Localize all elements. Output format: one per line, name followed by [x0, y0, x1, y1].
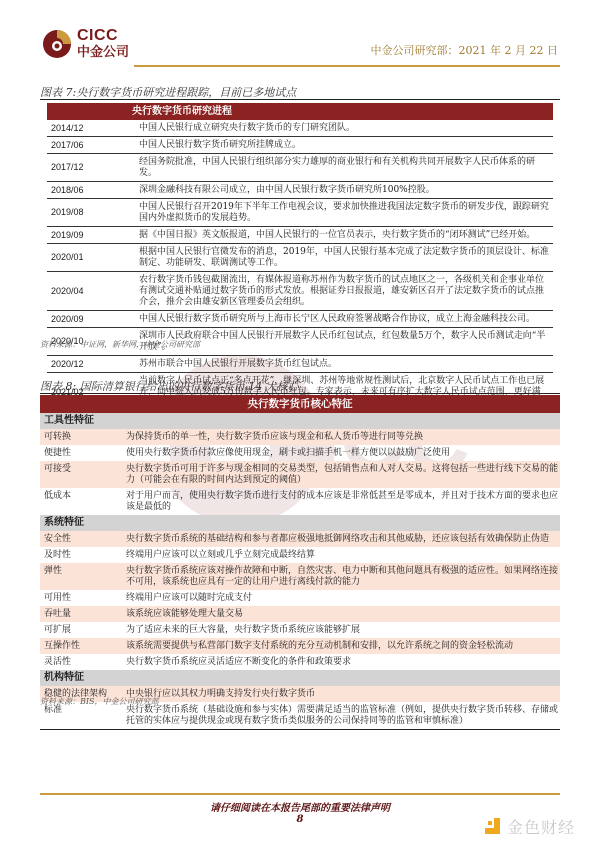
feature-description: 中央银行应以其权力明确支持发行央行数字货币: [126, 686, 560, 702]
table-row: 2020/01根据中国人民银行官微发布的消息，2019年，中国人民银行基本完成了…: [47, 244, 553, 272]
feature-name: 吞吐量: [40, 606, 126, 622]
feature-description: 央行数字货币系统应该对操作故障和中断，自然灾害、电力中断和其他问题具有极强的适应…: [126, 563, 560, 590]
feature-description: 使用央行数字货币付款应像使用现金，刷卡或扫描手机一样方便以以鼓励广泛使用: [126, 445, 560, 461]
feature-name: 可接受: [40, 461, 126, 488]
legal-disclaimer-note: 请仔细阅读在本报告尾部的重要法律声明: [0, 799, 600, 814]
figure8-caption-rule: [40, 393, 560, 394]
page-header: CICC 中金公司 中金公司研究部：2021 年 2 月 22 日: [40, 26, 560, 66]
table-row: 2018/06深圳金融科技有限公司成立，由中国人民银行数字货币研究所100%控股…: [47, 182, 553, 199]
section-header: 机构特征: [40, 670, 560, 686]
feature-description: 央行数字货币系统应灵活适应不断变化的条件和政策要求: [126, 654, 560, 670]
feature-description: 央行数字货币系统（基础设施和参与实体）需要满足适当的监管标准（例如，提供央行数字…: [126, 702, 560, 729]
row-date: 2020/04: [47, 272, 139, 310]
figure8-table: 央行数字货币核心特征 工具性特征可转换为保持货币的单一性，央行数字货币应该与现金…: [40, 395, 560, 730]
row-date: 2019/09: [47, 227, 139, 243]
feature-description: 该系统需要提供与私营部门数字支付系统的充分互动机制和安排，以允许系统之间的资金轻…: [126, 638, 560, 654]
table-row: 可接受央行数字货币可用于许多与现金相同的交易类型，包括销售点和人对人交易。这将包…: [40, 461, 560, 488]
feature-description: 对于用户而言，使用央行数字货币进行支付的成本应该是非常低甚至是零成本，并且对于技…: [126, 488, 560, 515]
feature-name: 可用性: [40, 590, 126, 606]
feature-description: 终端用户应该可以随时完成支付: [126, 590, 560, 606]
table-row: 及时性终端用户应该可以立刻或几乎立刻完成最终结算: [40, 547, 560, 563]
row-date: 2019/08: [47, 199, 139, 226]
row-event-text: 深圳市人民政府联合中国人民银行开展数字人民币红包试点，红包数量5万个，数字人民币…: [139, 328, 553, 355]
figure8-table-body: 工具性特征可转换为保持货币的单一性，央行数字货币应该与现金和私人货币等进行同等兑…: [40, 413, 560, 729]
row-date: 2017/12: [47, 154, 139, 181]
table-row: 可扩展为了适应未来的巨大容量，央行数字货币系统应该能够扩展: [40, 622, 560, 638]
footer-divider: [40, 793, 560, 795]
row-event-text: 经国务院批准，中国人民银行组织部分实力雄厚的商业银行和有关机构共同开展数字人民币…: [139, 154, 553, 181]
figure8-source: 资料来源：BIS，中金公司研究部: [40, 696, 159, 707]
figure7-table-header: 央行数字货币研究进程: [47, 103, 553, 120]
feature-description: 该系统应该能够处理大量交易: [126, 606, 560, 622]
row-event-text: 据《中国日报》英文版报道，中国人民银行的一位官员表示，央行数字货币的“闭环测试”…: [139, 227, 553, 243]
row-date: 2018/06: [47, 182, 139, 198]
figure8-table-header: 央行数字货币核心特征: [40, 395, 560, 413]
logo-text-cn: 中金公司: [77, 45, 129, 59]
table-row: 2020/09中国人民银行数字货币研究所与上海市长宁区人民政府签署战略合作协议，…: [47, 311, 553, 328]
feature-name: 互操作性: [40, 638, 126, 654]
table-row: 可转换为保持货币的单一性，央行数字货币应该与现金和私人货币等进行同等兑换: [40, 429, 560, 445]
row-date: 2017/06: [47, 137, 139, 153]
row-event-text: 中国人民银行召开2019年下半年工作电视会议，要求加快推进我国法定数字货币的研发…: [139, 199, 553, 226]
row-event-text: 根据中国人民银行官微发布的消息，2019年，中国人民银行基本完成了法定数字货币的…: [139, 244, 553, 271]
table-row: 2017/06中国人民银行数字货币研究所挂牌成立。: [47, 137, 553, 154]
feature-description: 央行数字货币可用于许多与现金相同的交易类型，包括销售点和人对人交易。这将包括一些…: [126, 461, 560, 488]
table-row: 可用性终端用户应该可以随时完成支付: [40, 590, 560, 606]
logo-text-en: CICC: [77, 28, 118, 44]
row-event-text: 中国人民银行成立研究央行数字货币的专门研究团队。: [139, 120, 553, 136]
figure8-table-end-rule: [40, 729, 560, 730]
row-event-text: 中国人民银行数字货币研究所与上海市长宁区人民政府签署战略合作协议，成立上海金融科…: [139, 311, 553, 327]
table-row: 弹性央行数字货币系统应该对操作故障和中断，自然灾害、电力中断和其他问题具有极强的…: [40, 563, 560, 590]
feature-name: 灵活性: [40, 654, 126, 670]
jinse-brand-text: 金色财经: [507, 815, 575, 838]
row-date: 2020/09: [47, 311, 139, 327]
row-event-text: 深圳金融科技有限公司成立，由中国人民银行数字货币研究所100%控股。: [139, 182, 553, 198]
row-event-text: 农行数字货币钱包截图流出，有媒体报道称苏州作为数字货币的试点地区之一，各级机关和…: [139, 272, 553, 310]
cicc-logo-icon: [42, 29, 72, 59]
feature-name: 及时性: [40, 547, 126, 563]
table-row: 2019/08中国人民银行召开2019年下半年工作电视会议，要求加快推进我国法定…: [47, 199, 553, 227]
cicc-logo: CICC 中金公司: [40, 26, 140, 62]
section-header: 工具性特征: [40, 413, 560, 429]
figure7-table-body: 2014/12中国人民银行成立研究央行数字货币的专门研究团队。2017/06中国…: [40, 120, 560, 412]
report-date: 中金公司研究部：2021 年 2 月 22 日: [371, 42, 558, 58]
table-row: 低成本对于用户而言，使用央行数字货币进行支付的成本应该是非常低甚至是零成本，并且…: [40, 488, 560, 515]
jinse-brand-watermark: 金色财经: [484, 814, 575, 838]
feature-description: 终端用户应该可以立刻或几乎立刻完成最终结算: [126, 547, 560, 563]
table-row: 吞吐量该系统应该能够处理大量交易: [40, 606, 560, 622]
header-divider: [134, 65, 560, 67]
feature-description: 为了适应未来的巨大容量，央行数字货币系统应该能够扩展: [126, 622, 560, 638]
table-row: 2019/09据《中国日报》英文版报道，中国人民银行的一位官员表示，央行数字货币…: [47, 227, 553, 244]
feature-description: 央行数字货币系统的基础结构和参与者都应极强地抵御网络攻击和其他威胁，还应该包括有…: [126, 531, 560, 547]
row-date: 2014/12: [47, 120, 139, 136]
figure7-caption: 图表 7:央行数字货币研究进程跟踪，目前已多地试点: [40, 84, 296, 100]
table-row: 2017/12经国务院批准，中国人民银行组织部分实力雄厚的商业银行和有关机构共同…: [47, 154, 553, 182]
table-row: 安全性央行数字货币系统的基础结构和参与者都应极强地抵御网络攻击和其他威胁，还应该…: [40, 531, 560, 547]
table-row: 便捷性使用央行数字货币付款应像使用现金，刷卡或扫描手机一样方便以以鼓励广泛使用: [40, 445, 560, 461]
feature-name: 便捷性: [40, 445, 126, 461]
feature-name: 低成本: [40, 488, 126, 515]
table-row: 互操作性该系统需要提供与私营部门数字支付系统的充分互动机制和安排，以允许系统之间…: [40, 638, 560, 654]
row-event-text: 中国人民银行数字货币研究所挂牌成立。: [139, 137, 553, 153]
row-date: 2020/12: [47, 356, 139, 372]
figure7-source: 资料来源：中证网，新华网，中金公司研究部: [40, 339, 200, 350]
table-row: 灵活性央行数字货币系统应灵活适应不断变化的条件和政策要求: [40, 654, 560, 670]
feature-name: 安全性: [40, 531, 126, 547]
table-row: 2020/04农行数字货币钱包截图流出，有媒体报道称苏州作为数字货币的试点地区之…: [47, 272, 553, 311]
feature-name: 弹性: [40, 563, 126, 590]
feature-name: 可转换: [40, 429, 126, 445]
table-row: 2020/12苏州市联合中国人民银行开展数字货币红包试点。: [47, 356, 553, 373]
table-row: 2014/12中国人民银行成立研究央行数字货币的专门研究团队。: [47, 120, 553, 137]
figure7-table: 央行数字货币研究进程 2014/12中国人民银行成立研究央行数字货币的专门研究团…: [40, 103, 560, 412]
feature-description: 为保持货币的单一性，央行数字货币应该与现金和私人货币等进行同等兑换: [126, 429, 560, 445]
feature-name: 可扩展: [40, 622, 126, 638]
figure7-caption-rule: [40, 99, 560, 100]
figure8-caption: 图表 8: 国际清算银行给出的央行数字货币 14 大核心: [40, 378, 299, 394]
jinse-logo-icon: [484, 817, 502, 835]
section-header: 系统特征: [40, 515, 560, 531]
row-event-text: 苏州市联合中国人民银行开展数字货币红包试点。: [139, 356, 553, 372]
row-date: 2020/01: [47, 244, 139, 271]
